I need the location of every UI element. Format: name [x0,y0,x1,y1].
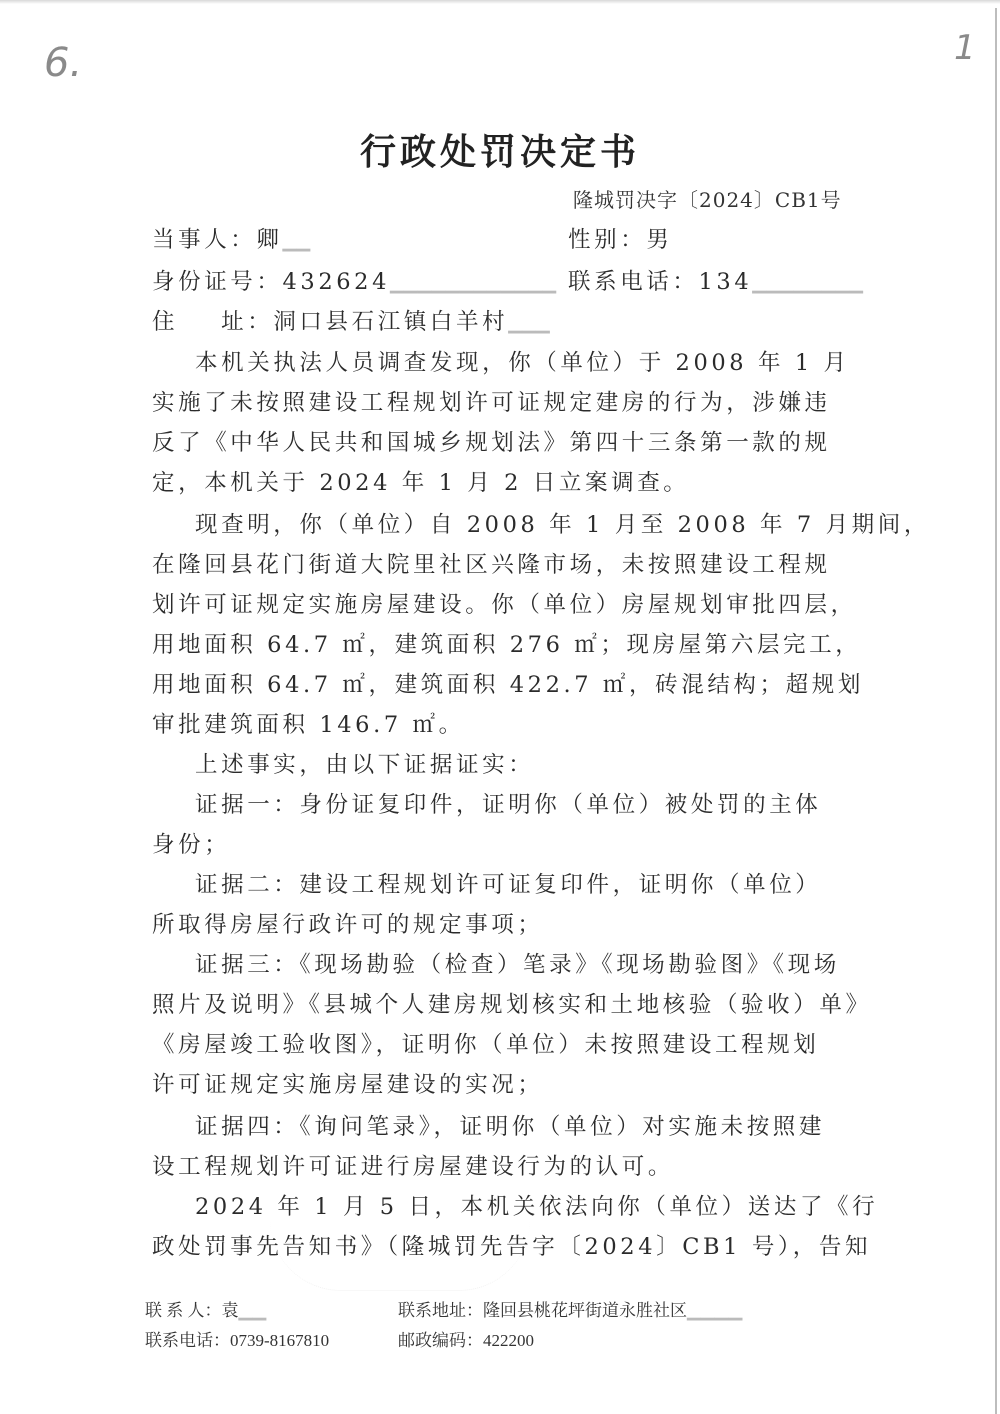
body-line: 反了《中华人民共和国城乡规划法》第四十三条第一款的规 [152,425,831,457]
faint-seal-impression [270,1220,530,1291]
body-line: 证据四：《询问笔录》，证明你（单位）对实施未按照建 [152,1109,825,1141]
handwritten-page-number: 1 [954,28,976,68]
body-line: 《房屋竣工验收图》，证明你（单位）未按照建设工程规划 [152,1027,819,1059]
body-line: 许可证规定实施房屋建设的实况； [152,1067,544,1099]
body-line: 证据三：《现场勘验（检查）笔录》《现场勘验图》《现场 [152,947,840,979]
body-line: 用地面积 64.7 ㎡，建筑面积 276 ㎡；现房屋第六层完工， [152,627,861,659]
handwritten-page-mark: 6. [44,40,82,86]
party-gender-row: 性别：男 [568,222,672,254]
contact-person-value: 袁 [222,1301,239,1320]
body-line: 用地面积 64.7 ㎡，建筑面积 422.7 ㎡，砖混结构；超规划 [152,667,864,699]
contact-phone-label: 联系电话： [145,1331,230,1350]
body-line: 划许可证规定实施房屋建设。你（单位）房屋规划审批四层， [152,587,857,619]
redacted-mark: ▁▁▁▁▁▁▁▁▁▁▁▁ [390,273,556,294]
body-line: 审批建筑面积 146.7 ㎡。 [152,707,465,739]
party-name-value: 卿 [256,227,282,253]
document-title: 行政处罚决定书 [0,124,1000,175]
party-address-label: 住 址： [152,309,273,335]
party-id-row: 身份证号：432624▁▁▁▁▁▁▁▁▁▁▁▁ [152,264,556,296]
footer-contact-address: 联系地址：隆回县桃花坪街道永胜社区▁▁▁▁ [398,1296,742,1321]
body-line: 在隆回县花门街道大院里社区兴隆市场，未按照建设工程规 [152,547,831,579]
party-id-label: 身份证号： [152,269,283,295]
party-gender-value: 男 [646,227,672,253]
redacted-mark: ▁▁ [239,1300,267,1320]
party-phone-row: 联系电话：134▁▁▁▁▁▁▁▁ [568,264,863,296]
contact-address-label: 联系地址： [398,1301,483,1320]
party-phone-value: 134 [699,269,753,295]
body-line: 定，本机关于 2024 年 1 月 2 日立案调查。 [152,465,689,497]
contact-address-value: 隆回县桃花坪街道永胜社区 [483,1301,687,1320]
postcode-value: 422200 [483,1331,534,1350]
contact-phone-value: 0739-8167810 [230,1331,329,1350]
body-line: 证据二：建设工程规划许可证复印件，证明你（单位） [152,867,821,899]
body-line: 实施了未按照建设工程规划许可证规定建房的行为，涉嫌违 [152,385,831,417]
body-line: 身份； [152,827,230,859]
party-phone-label: 联系电话： [568,269,699,295]
party-address-row: 住 址：洞口县石江镇白羊村▁▁▁ [152,304,550,336]
footer-contact-person: 联 系 人：袁▁▁ [145,1296,266,1321]
body-line: 所取得房屋行政许可的规定事项； [152,907,544,939]
body-line: 上述事实，由以下证据证实： [152,747,534,779]
page-edge-top [0,0,1000,4]
party-id-value: 432624 [283,269,391,295]
party-name-row: 当事人：卿▁▁ [152,222,310,254]
body-line: 照片及说明》《县城个人建房规划核实和土地核验（验收）单》 [152,987,872,1019]
party-name-label: 当事人： [152,227,256,253]
body-line: 2024 年 1 月 5 日，本机关依法向你（单位）送达了《行 [152,1189,878,1221]
redacted-mark: ▁▁ [283,231,311,252]
footer-contact-phone: 联系电话：0739-8167810 [145,1326,329,1351]
redacted-mark: ▁▁▁▁▁▁▁▁ [752,273,863,294]
document-number: 隆城罚决字〔2024〕CB1号 [573,184,842,213]
party-gender-label: 性别： [568,227,646,253]
footer-postcode: 邮政编码：422200 [398,1326,534,1351]
party-address-value: 洞口县石江镇白羊村 [273,309,508,335]
body-line: 设工程规划许可证进行房屋建设行为的认可。 [152,1149,674,1181]
body-line: 本机关执法人员调查发现，你（单位）于 2008 年 1 月 [152,345,850,377]
page-edge-right [995,8,997,1414]
body-line: 证据一：身份证复印件，证明你（单位）被处罚的主体 [152,787,821,819]
redacted-mark: ▁▁▁ [508,313,550,334]
postcode-label: 邮政编码： [398,1331,483,1350]
body-line: 现查明，你（单位）自 2008 年 1 月至 2008 年 7 月期间， [152,507,930,539]
contact-person-label: 联 系 人： [145,1301,222,1320]
redacted-mark: ▁▁▁▁ [687,1300,742,1320]
